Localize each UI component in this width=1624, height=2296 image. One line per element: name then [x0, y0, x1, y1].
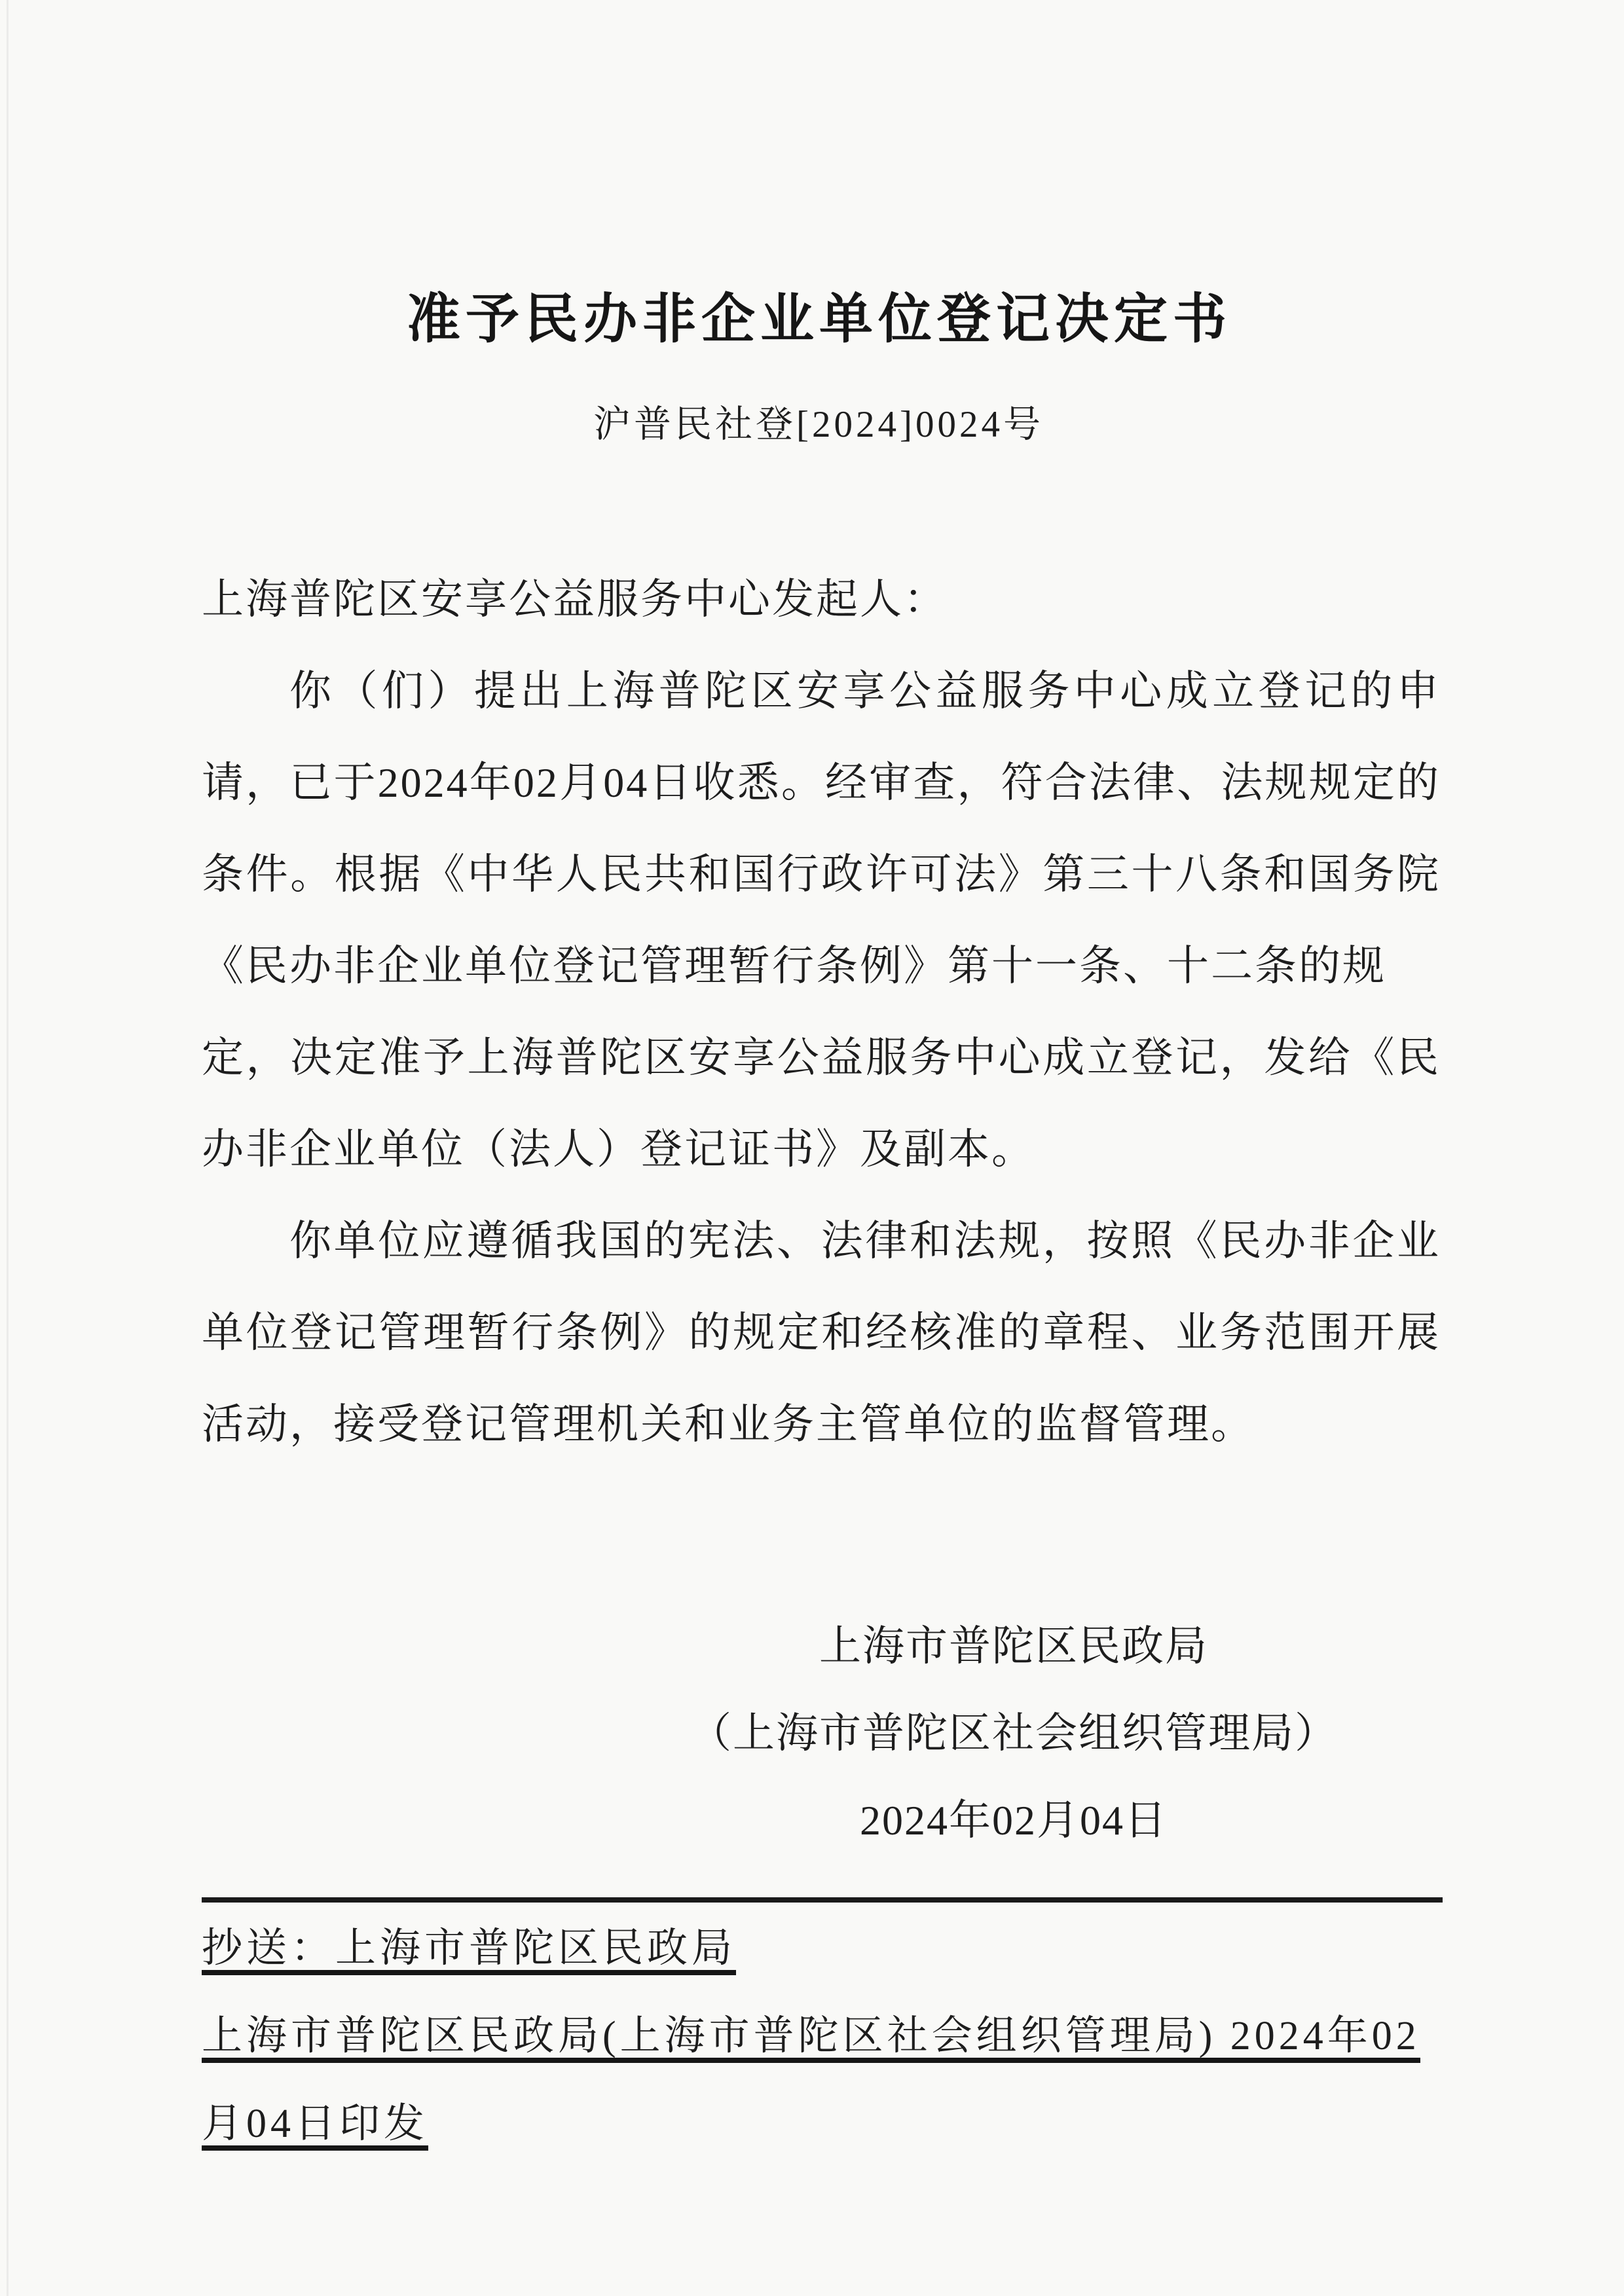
document-number: 沪普民社登[2024]0024号	[593, 395, 1044, 454]
footer-cc-line: 抄送：上海市普陀区民政局	[202, 1928, 736, 1975]
signature-date: 2024年02月04日	[690, 1800, 1338, 1842]
body-line: 单位登记管理暂行条例》的规定和经核准的章程、业务范围开展	[202, 1287, 1441, 1379]
document-title: 准予民办非企业单位登记决定书	[407, 287, 1232, 352]
body-line: 办非企业单位（法人）登记证书》及副本。	[202, 1104, 1441, 1195]
body-line: 《民办非企业单位登记管理暂行条例》第十一条、十二条的规	[202, 920, 1441, 1012]
scan-edge-artifact	[7, 0, 9, 2296]
salutation-line: 上海普陀区安享公益服务中心发起人：	[202, 554, 1441, 646]
document-body: 上海普陀区安享公益服务中心发起人： 你（们）提出上海普陀区安享公益服务中心成立登…	[202, 554, 1441, 1470]
body-line: 你（们）提出上海普陀区安享公益服务中心成立登记的申	[202, 646, 1441, 737]
body-line: 你单位应遵循我国的宪法、法律和法规，按照《民办非企业	[202, 1195, 1441, 1287]
signature-block: 上海市普陀区民政局 （上海市普陀区社会组织管理局） 2024年02月04日	[690, 1626, 1338, 1887]
body-line: 请，已于2024年02月04日收悉。经审查，符合法律、法规规定的	[202, 737, 1441, 829]
body-line: 条件。根据《中华人民共和国行政许可法》第三十八条和国务院	[202, 829, 1441, 920]
footer-issue-date-line: 月04日印发	[202, 2104, 428, 2151]
signature-org-alt: （上海市普陀区社会组织管理局）	[690, 1713, 1338, 1755]
signature-org: 上海市普陀区民政局	[690, 1626, 1338, 1667]
footer-issuer-line: 上海市普陀区民政局(上海市普陀区社会组织管理局) 2024年02	[202, 2016, 1420, 2063]
body-line: 活动，接受登记管理机关和业务主管单位的监督管理。	[202, 1379, 1441, 1470]
body-line: 定，决定准予上海普陀区安享公益服务中心成立登记，发给《民	[202, 1012, 1441, 1104]
document-page: 准予民办非企业单位登记决定书 沪普民社登[2024]0024号 上海普陀区安享公…	[0, 0, 1624, 2296]
footer-divider-rule	[202, 1897, 1443, 1903]
